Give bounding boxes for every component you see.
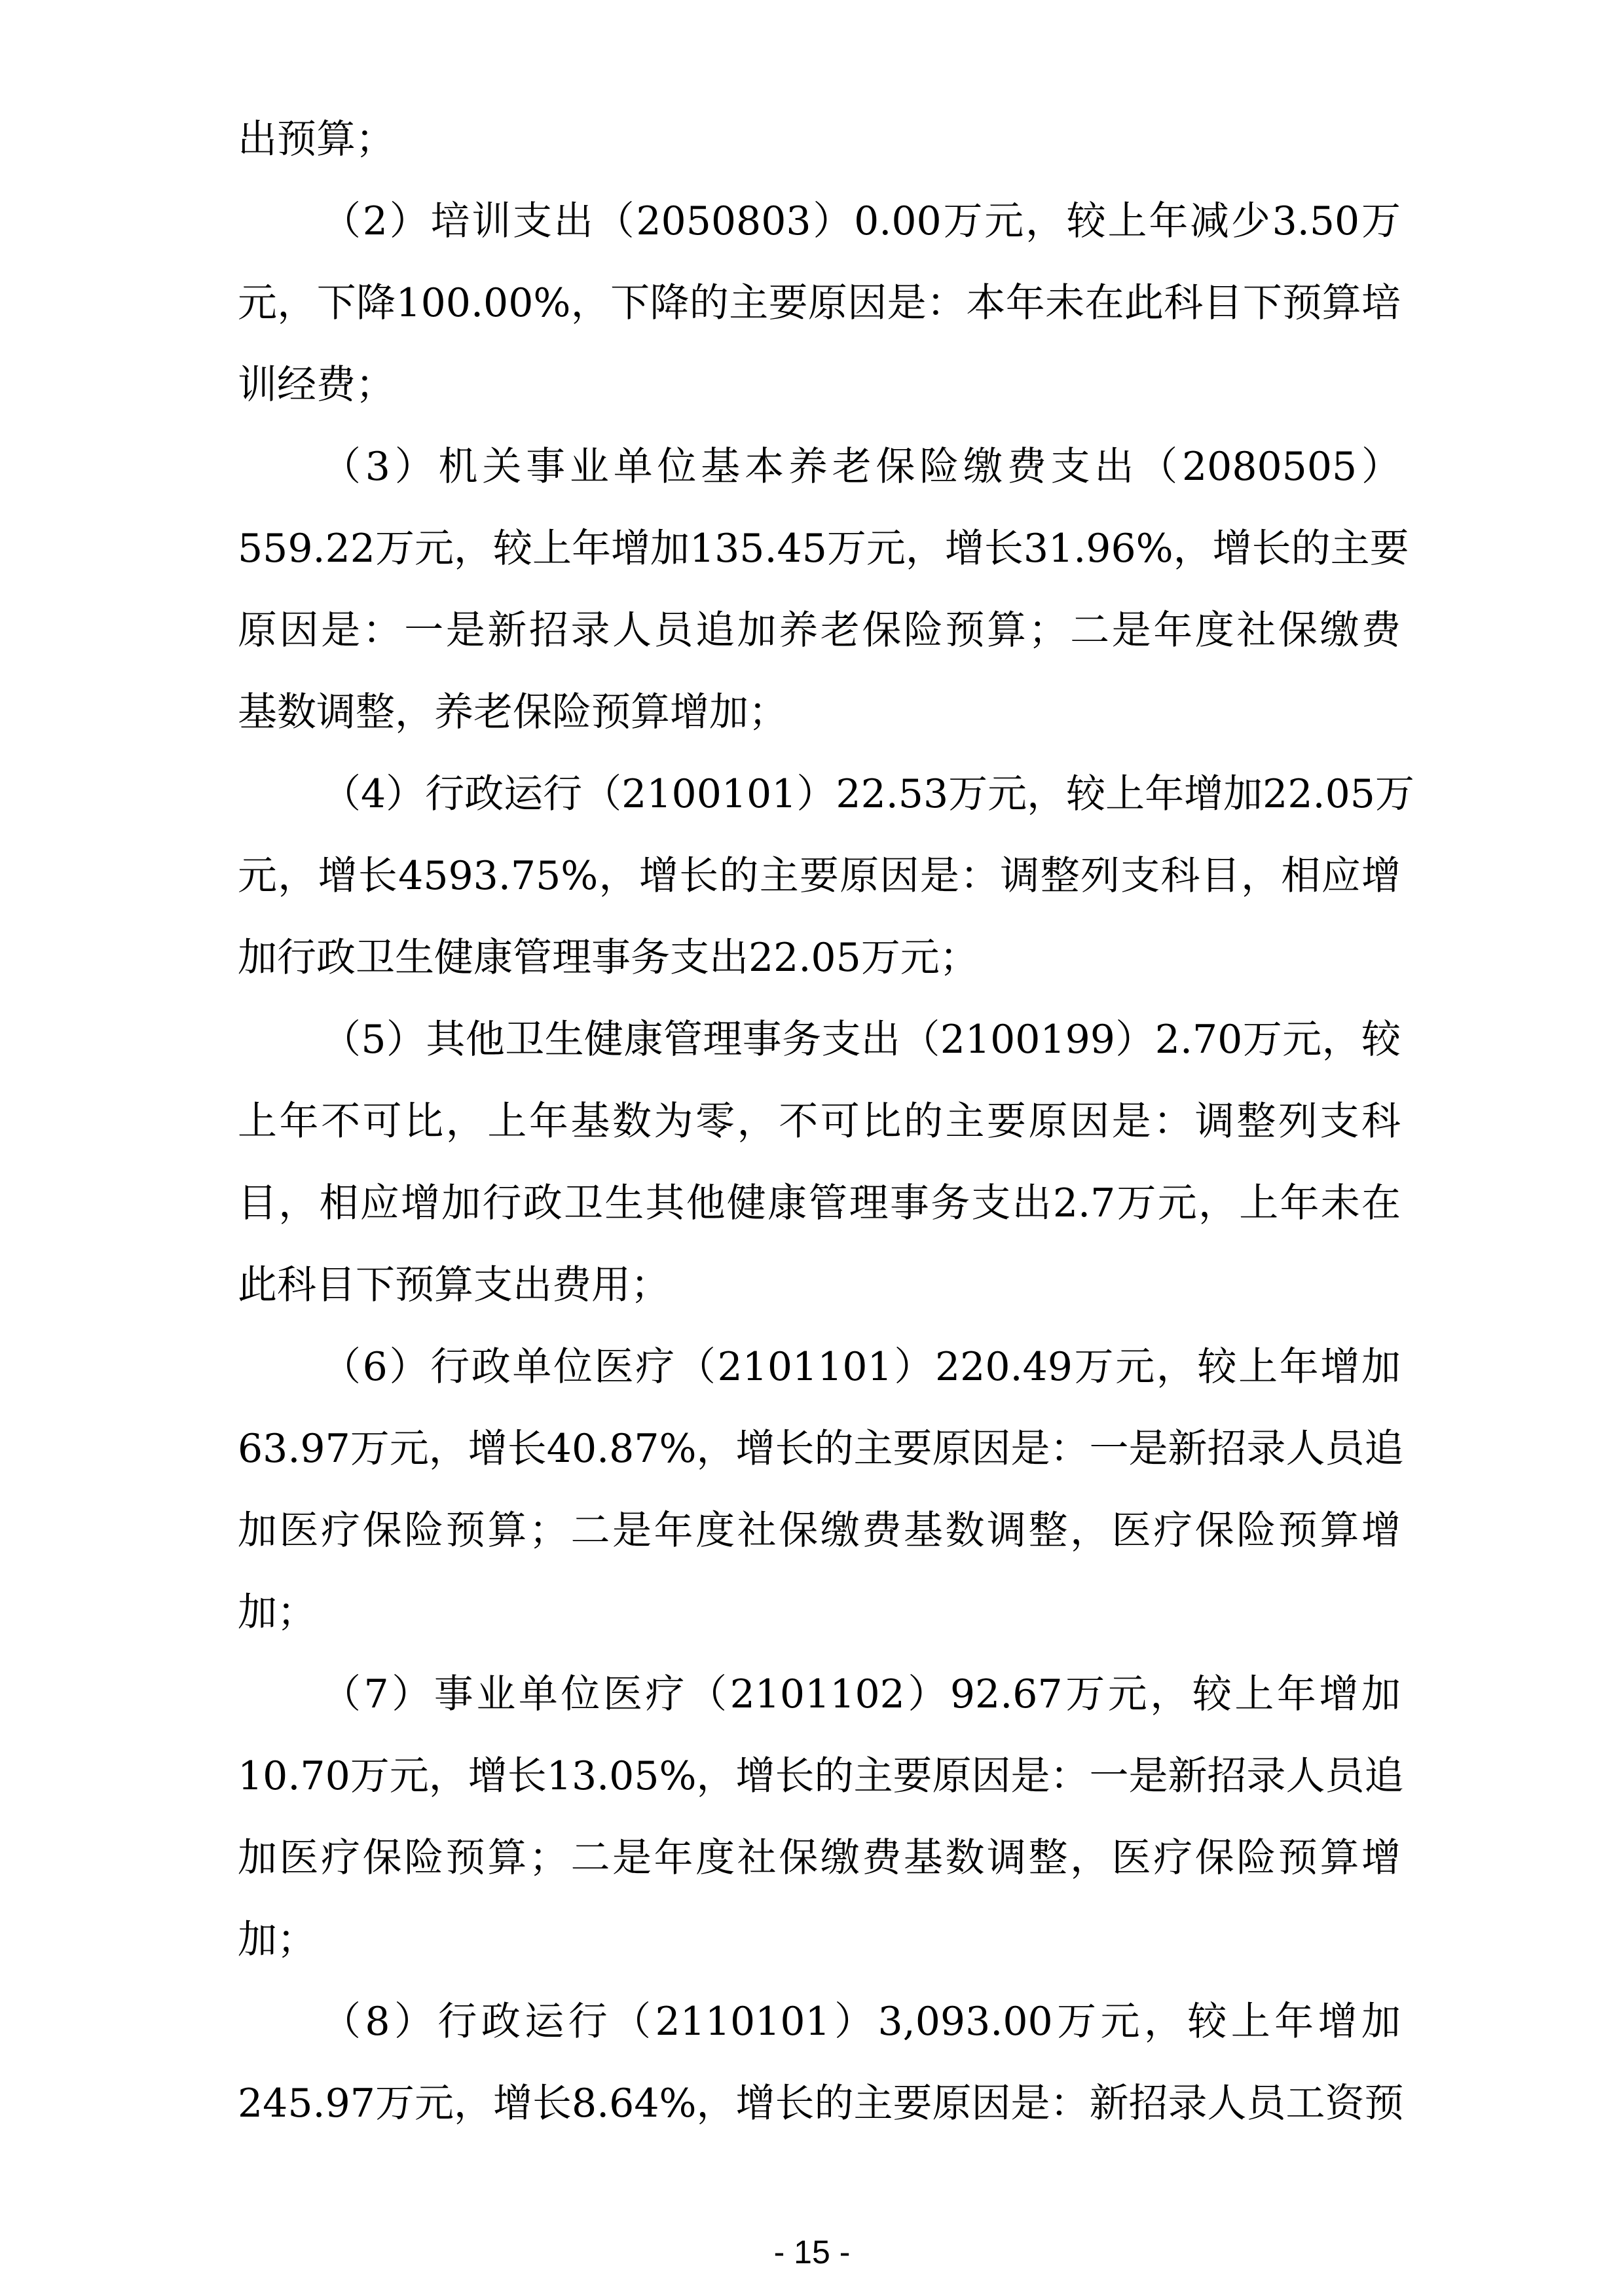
paragraph-start-item-4: （4）行政运行（2100101）22.53万元，较上年增加22.05万 <box>238 765 1401 847</box>
document-page: 出预算； （2）培训支出（2050803）0.00万元，较上年减少3.50万 元… <box>0 0 1624 2296</box>
text-line: 63.97万元，增长40.87%，增长的主要原因是：一是新招录人员追 <box>238 1419 1401 1501</box>
paragraph-start-item-8: （8）行政运行（2110101）3,093.00万元，较上年增加 <box>238 1992 1401 2074</box>
text-line: 加医疗保险预算；二是年度社保缴费基数调整，医疗保险预算增 <box>238 1501 1401 1583</box>
text-line: 元，下降100.00%，下降的主要原因是：本年未在此科目下预算培 <box>238 274 1401 355</box>
text-line: 此科目下预算支出费用； <box>238 1256 1401 1338</box>
paragraph-start-item-2: （2）培训支出（2050803）0.00万元，较上年减少3.50万 <box>238 192 1401 274</box>
text-line: 559.22万元，较上年增加135.45万元，增长31.96%，增长的主要 <box>238 519 1401 601</box>
paragraph-start-item-6: （6）行政单位医疗（2101101）220.49万元，较上年增加 <box>238 1338 1401 1419</box>
paragraph-start-item-3: （3）机关事业单位基本养老保险缴费支出（2080505） <box>238 437 1401 519</box>
paragraph-start-item-7: （7）事业单位医疗（2101102）92.67万元，较上年增加 <box>238 1665 1401 1747</box>
text-line: 245.97万元，增长8.64%，增长的主要原因是：新招录人员工资预 <box>238 2074 1401 2156</box>
text-line: 训经费； <box>238 355 1401 437</box>
text-line: 加； <box>238 1583 1401 1665</box>
text-line: 加； <box>238 1910 1401 1992</box>
text-line: 加医疗保险预算；二是年度社保缴费基数调整，医疗保险预算增 <box>238 1829 1401 1910</box>
text-line: 加行政卫生健康管理事务支出22.05万元； <box>238 928 1401 1010</box>
text-line: 目，相应增加行政卫生其他健康管理事务支出2.7万元，上年未在 <box>238 1174 1401 1256</box>
text-line: 10.70万元，增长13.05%，增长的主要原因是：一是新招录人员追 <box>238 1747 1401 1829</box>
text-line: 基数调整，养老保险预算增加； <box>238 683 1401 765</box>
paragraph-start-item-5: （5）其他卫生健康管理事务支出（2100199）2.70万元，较 <box>238 1010 1401 1092</box>
text-line: 原因是：一是新招录人员追加养老保险预算；二是年度社保缴费 <box>238 601 1401 683</box>
text-line: 元，增长4593.75%，增长的主要原因是：调整列支科目，相应增 <box>238 847 1401 928</box>
page-number: - 15 - <box>0 2232 1624 2272</box>
body-text: 出预算； （2）培训支出（2050803）0.00万元，较上年减少3.50万 元… <box>238 110 1401 2156</box>
text-line: 上年不可比，上年基数为零，不可比的主要原因是：调整列支科 <box>238 1092 1401 1174</box>
text-line: 出预算； <box>238 110 1401 192</box>
